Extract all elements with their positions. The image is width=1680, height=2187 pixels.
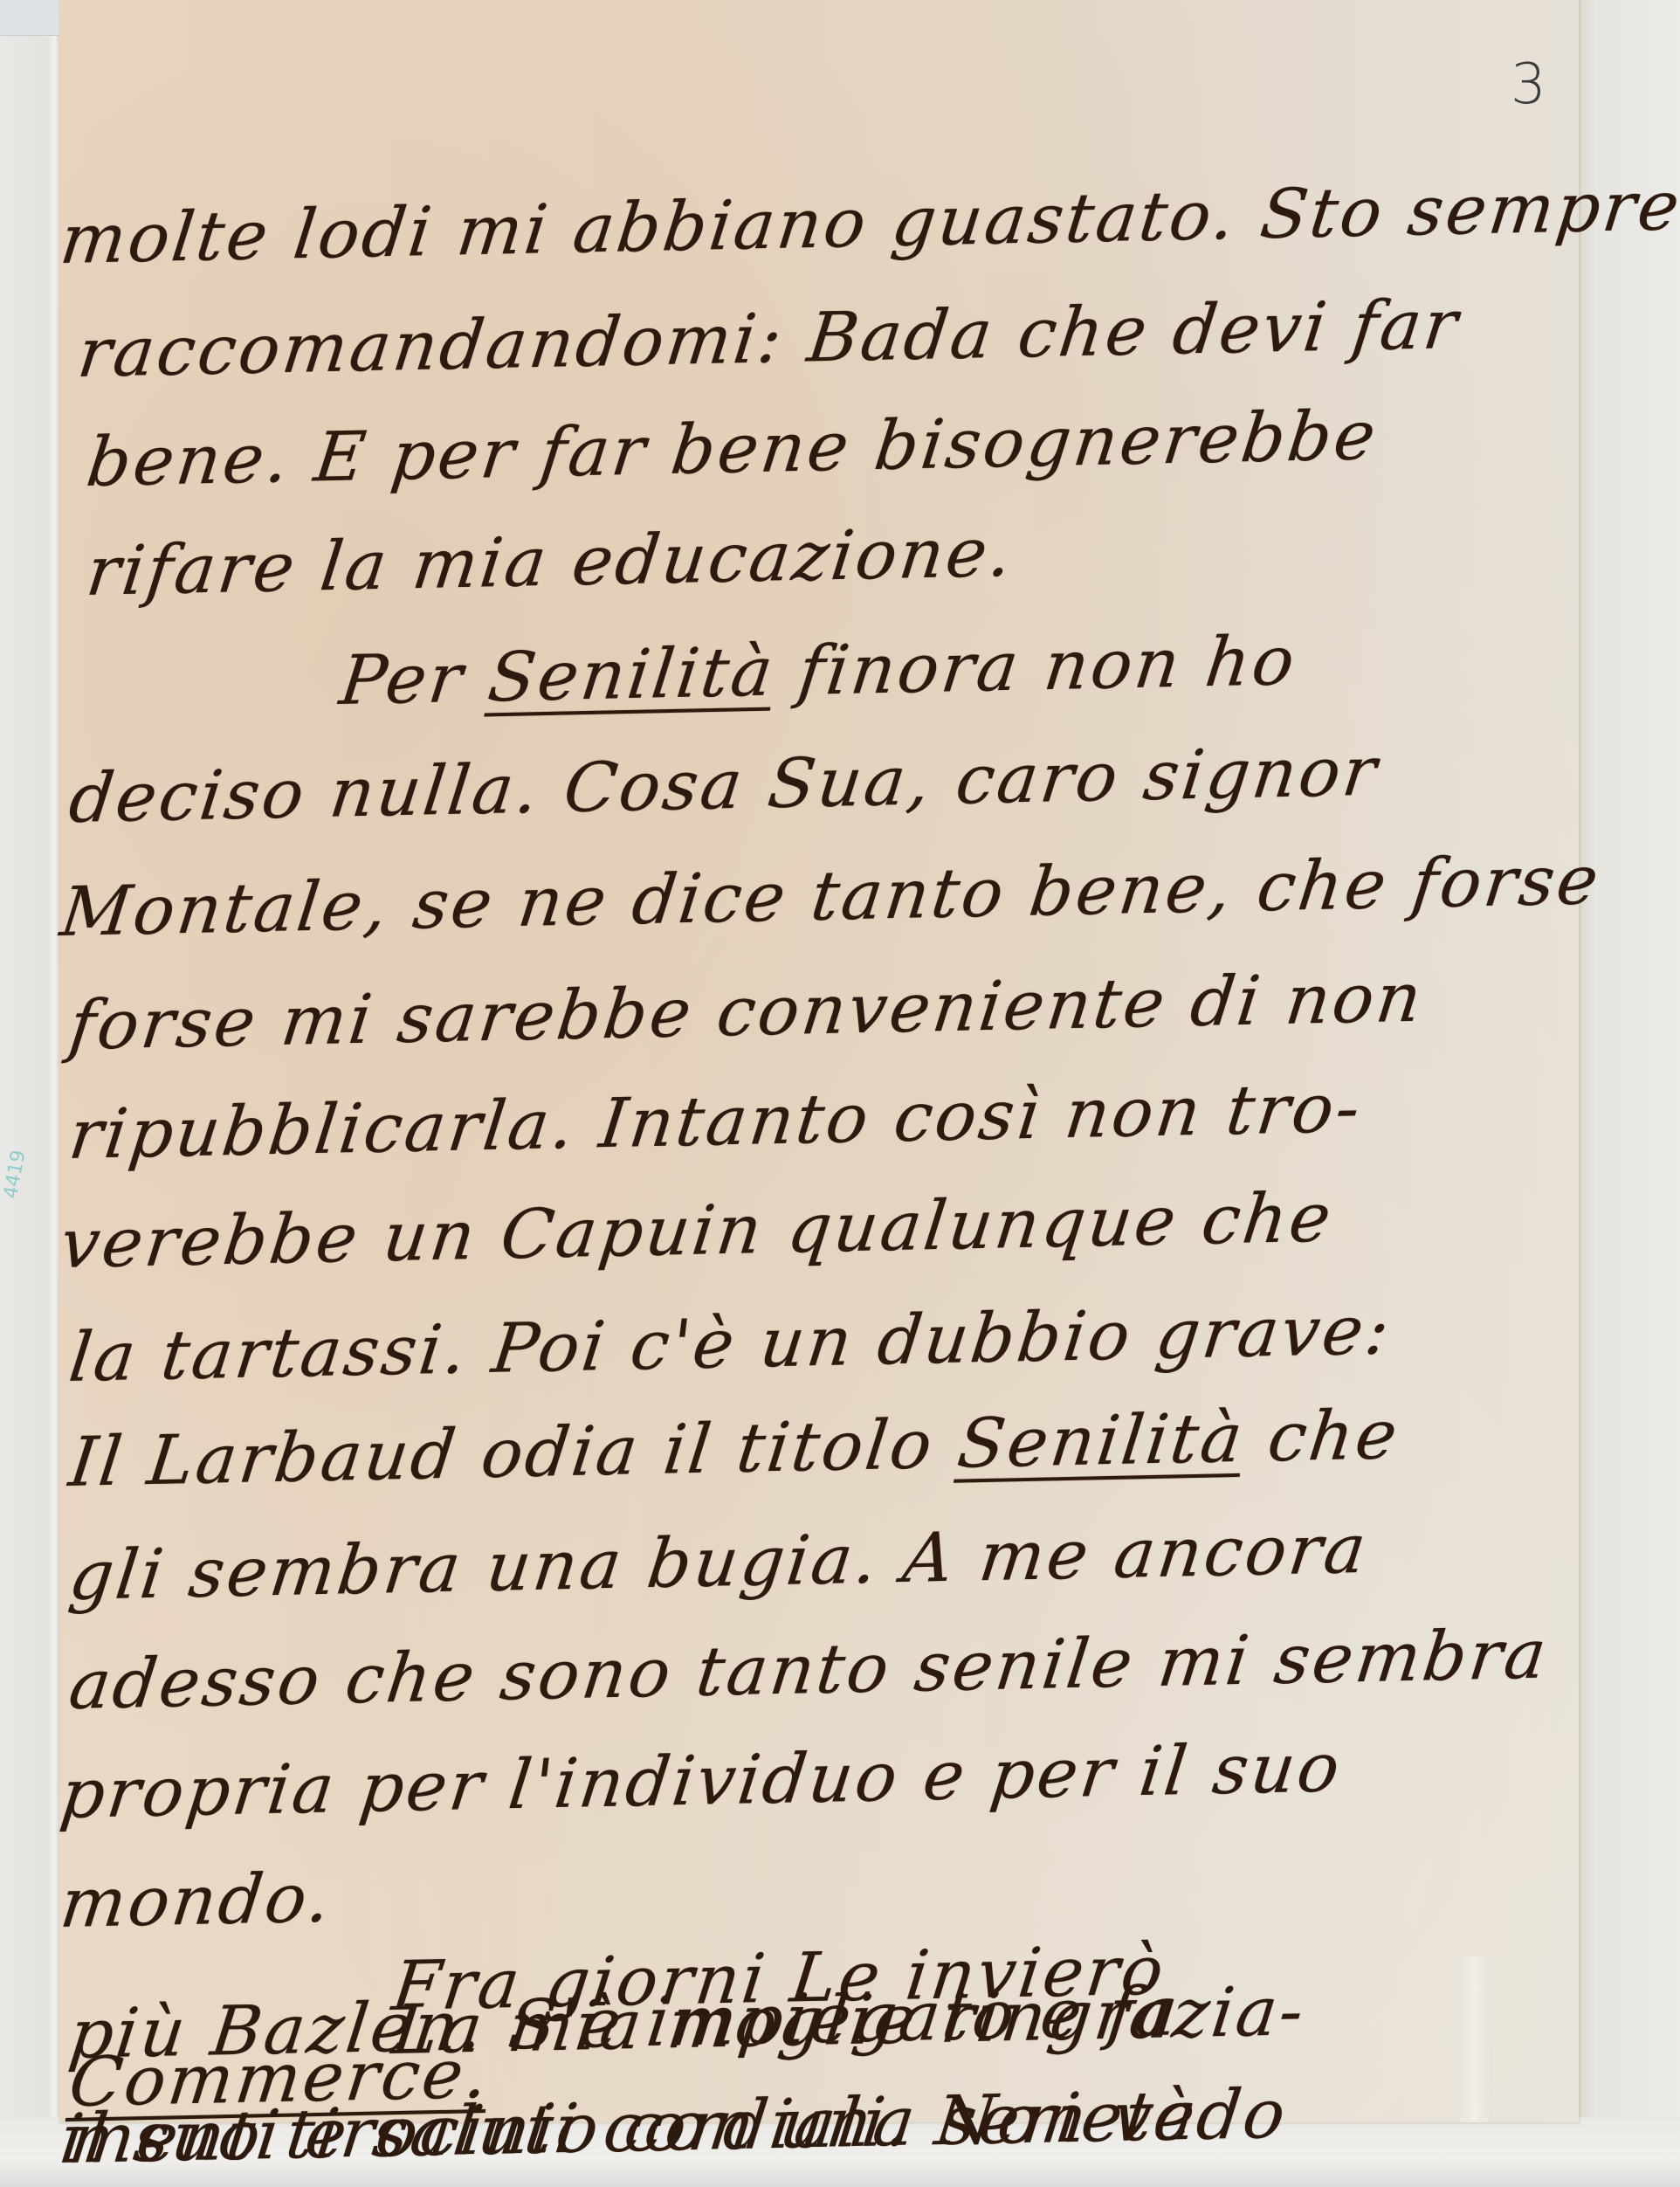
underlined-title-senilita: Senilità	[954, 1399, 1249, 1484]
letter-text: Per	[336, 638, 493, 721]
underlined-title-senilita: Senilità	[484, 633, 779, 718]
page-number: 3	[1511, 52, 1546, 117]
letter-text: finora non ho	[770, 622, 1301, 711]
letter-text: che	[1239, 1396, 1403, 1478]
mount-board-top-strip	[0, 0, 59, 36]
paper-crease	[1456, 1956, 1491, 2122]
mount-board-left	[0, 0, 59, 2187]
letter-line: mondo.	[57, 1859, 337, 1943]
mount-board-right	[1575, 0, 1680, 2187]
